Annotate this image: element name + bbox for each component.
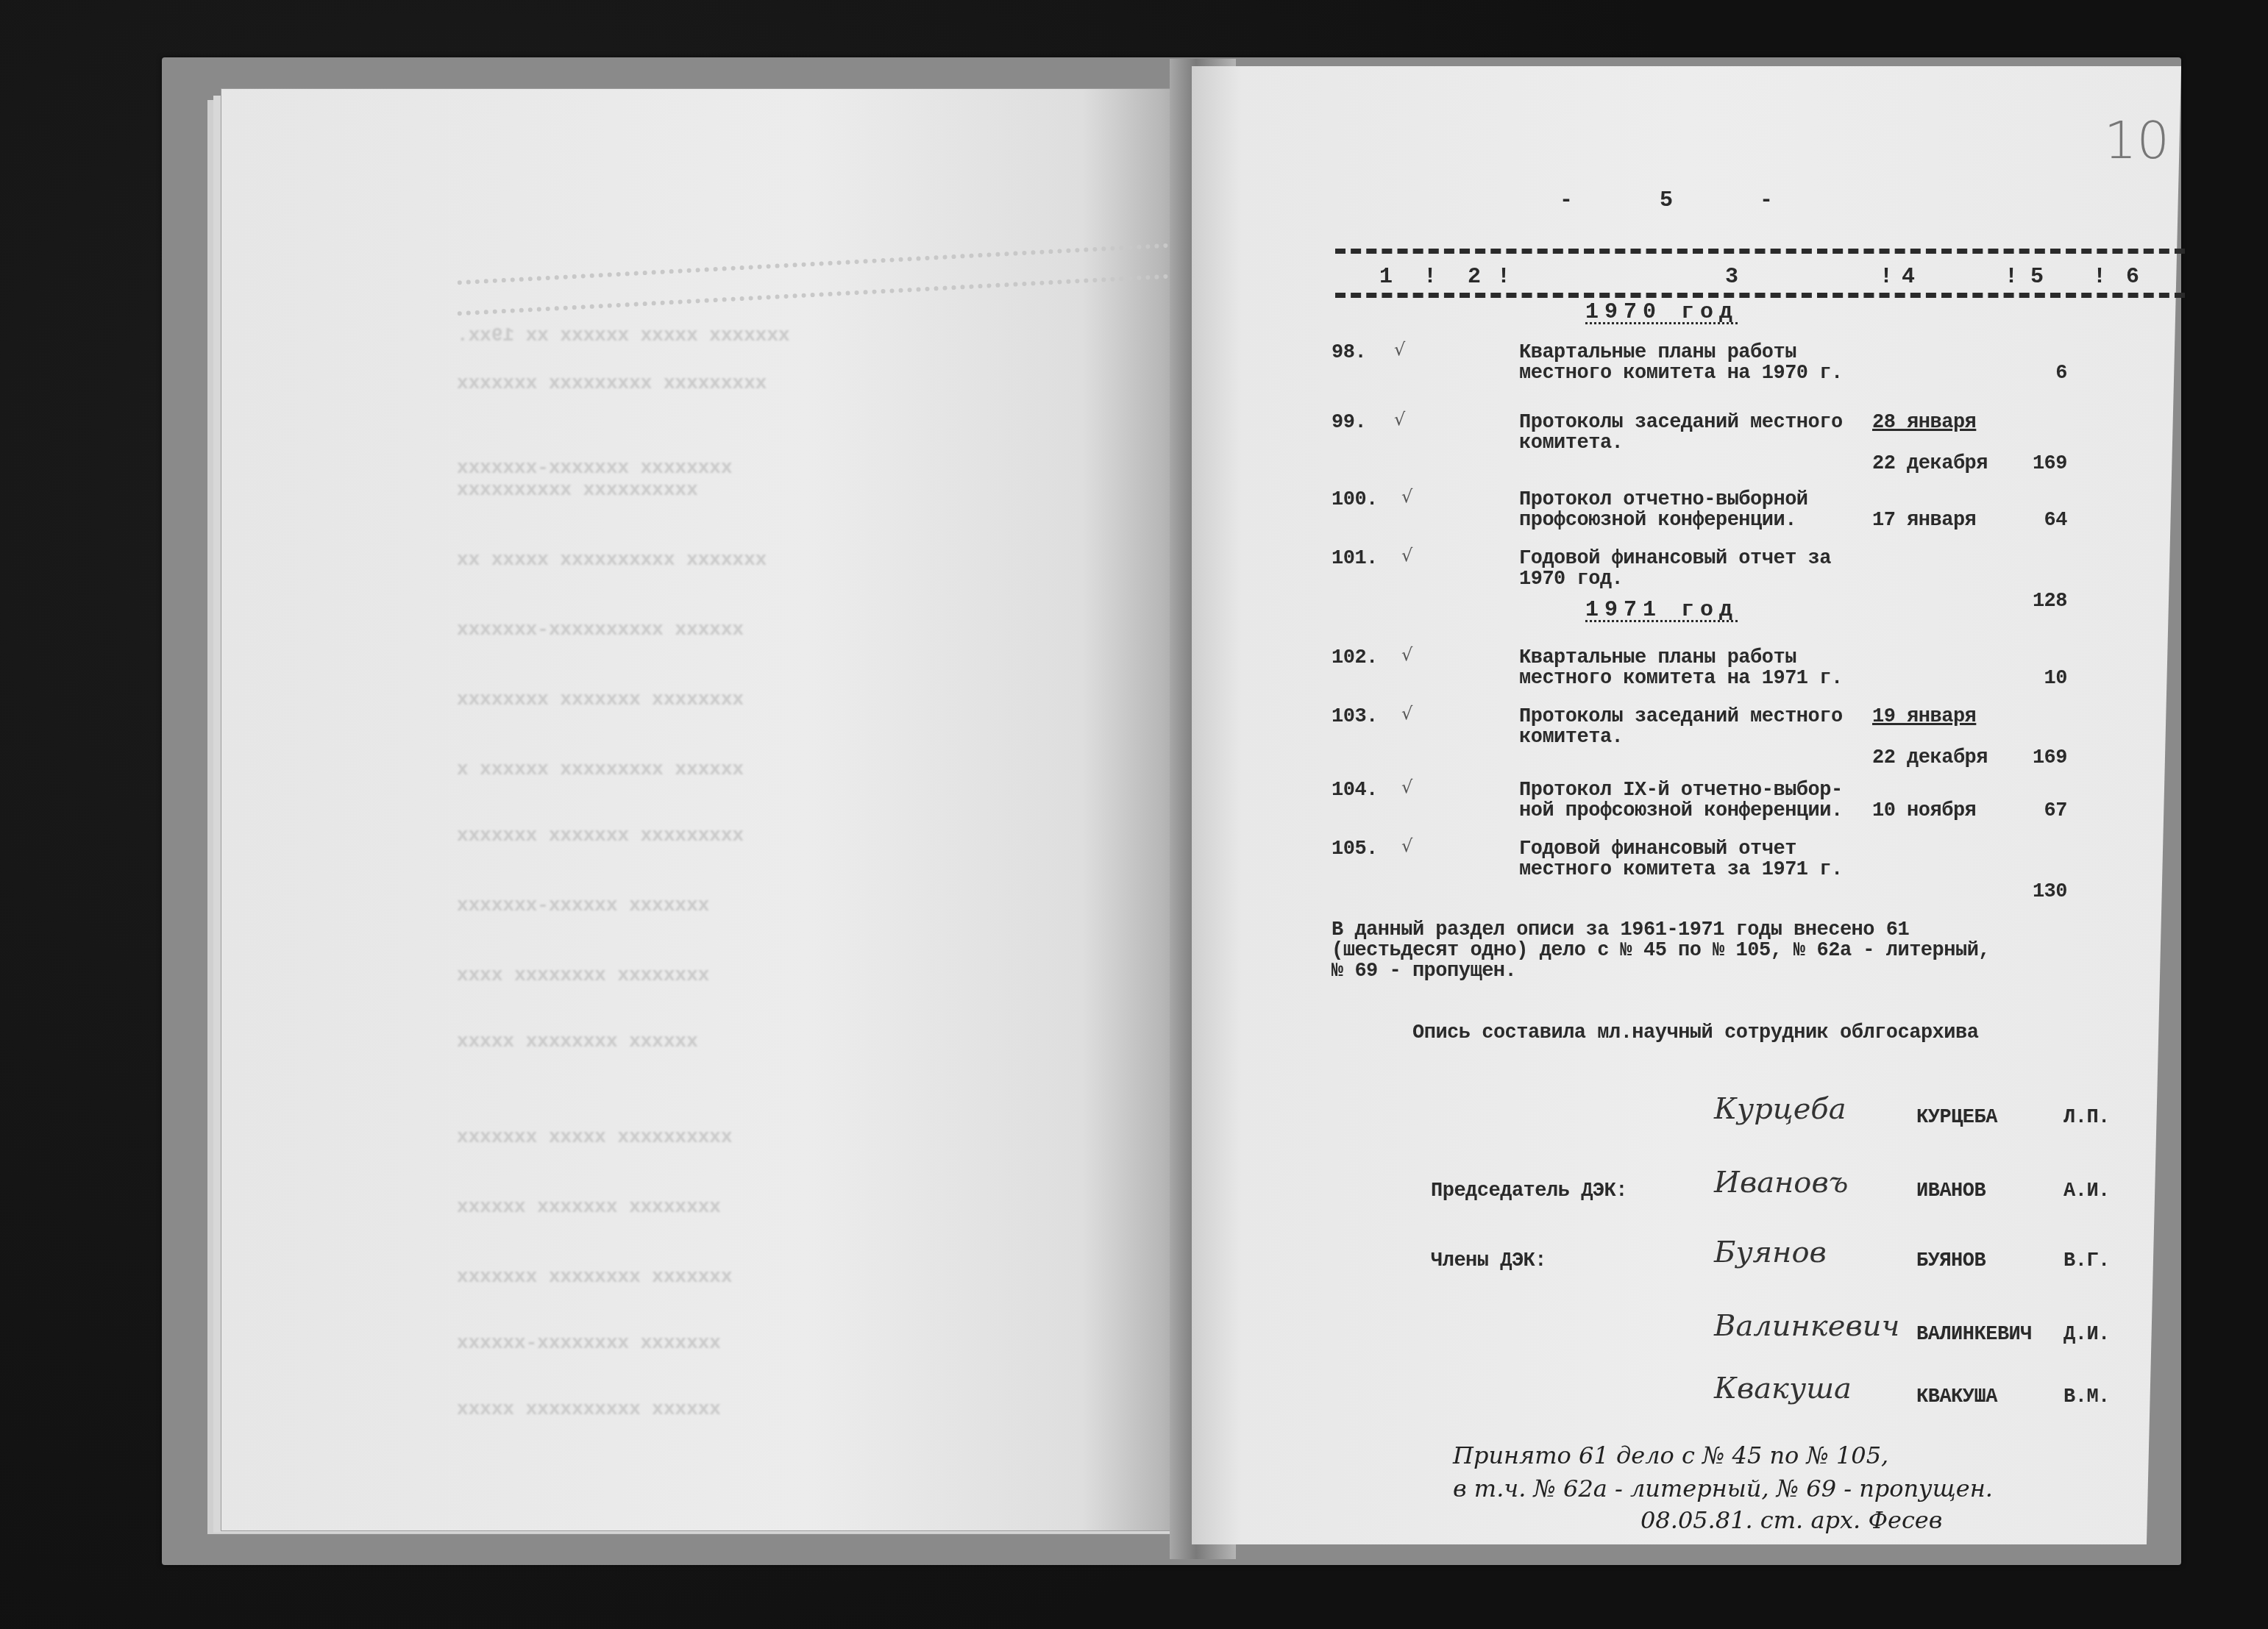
signatory-name: КУРЦЕБА: [1916, 1107, 1997, 1129]
column-header-3: 3: [1725, 265, 1738, 290]
bleed-through-text: xxxxxxx xxxxx xxxxxx xx 19xx.: [457, 324, 789, 346]
column-separator: !: [1423, 265, 1437, 290]
bleed-through-text: xxxxxxx xxxxxxxx xxxxxxx: [457, 1266, 732, 1288]
signatory-name: КВАКУША: [1916, 1386, 1997, 1408]
checkmark-icon: √: [1401, 703, 1412, 724]
column-separator: !: [1880, 265, 1893, 290]
sheet-count: 6: [2001, 363, 2067, 385]
signatory-initials: Д.И.: [2063, 1324, 2110, 1346]
file-number: 99.: [1332, 412, 1366, 434]
bleed-through-text: xxxxxx xxxxxxxxxx-xxxxxxx: [457, 619, 744, 641]
checkmark-icon: √: [1401, 777, 1412, 797]
file-title: Квартальные планы работы: [1519, 647, 1796, 669]
signatory-initials: В.Г.: [2063, 1250, 2110, 1272]
file-number: 103.: [1332, 706, 1378, 728]
date-start: 19 января: [1872, 706, 1976, 728]
bleed-through-text: xxxxxxx xxxxxx-xxxxxxx: [457, 894, 709, 916]
signatory-role: Председатель ДЭК:: [1431, 1180, 1627, 1202]
bleed-through-text: xxxxxxxxxx xxxxx xxxxxxx: [457, 1126, 732, 1148]
column-header-6: 6: [2126, 265, 2139, 290]
summary-line: (шестьдесят одно) дело с № 45 по № 105, …: [1332, 940, 1990, 962]
checkmark-icon: √: [1394, 339, 1405, 360]
checkmark-icon: √: [1401, 545, 1412, 566]
sheet-count: 64: [2001, 510, 2067, 532]
file-title: Протокол отчетно-выборной: [1519, 489, 1808, 511]
column-separator: !: [1497, 265, 1510, 290]
signature: Буянов: [1714, 1236, 1827, 1269]
file-title: ной профсоюзной конференции.: [1519, 800, 1843, 822]
bleed-through-text: xxxxxx xxxxxxxx xxxxx: [457, 1030, 698, 1052]
file-number: 105.: [1332, 838, 1378, 860]
file-title: Годовой финансовый отчет за: [1519, 548, 1831, 570]
date-start: 28 января: [1872, 412, 1976, 434]
file-title: Квартальные планы работы: [1519, 342, 1796, 364]
bleed-through-text: xxxxxxxxx xxxxxxx xxxxxxx: [457, 824, 744, 846]
date-end: 17 января: [1872, 510, 1976, 532]
column-header-1: 1: [1379, 265, 1393, 290]
year-heading: 1971 год: [1585, 599, 1738, 621]
checkmark-icon: √: [1394, 409, 1405, 429]
signatory-name: ИВАНОВ: [1916, 1180, 1986, 1202]
file-number: 100.: [1332, 489, 1378, 511]
signature: Квакуша: [1714, 1372, 1852, 1405]
handwritten-line: 08.05.81. ст. арх. Фесев: [1640, 1506, 1942, 1534]
date-end: 22 декабря: [1872, 453, 1988, 475]
column-header-2: 2: [1468, 265, 1481, 290]
file-title: Годовой финансовый отчет: [1519, 838, 1796, 860]
bleed-through-text: xxxxxx xxxxxxxxxx xxxxx: [457, 1398, 721, 1420]
column-header-5: 5: [2030, 265, 2044, 290]
column-separator: !: [2093, 265, 2106, 290]
handwritten-line: в т.ч. № 62а - литерный, № 69 - пропущен…: [1453, 1475, 1993, 1503]
handwritten-line: Принято 61 дело с № 45 по № 105,: [1453, 1441, 1888, 1469]
signatory-initials: А.И.: [2063, 1180, 2110, 1202]
column-header-4: 4: [1902, 265, 1915, 290]
bleed-through-text: xxxxxxxxxx xxxxxxxxxx: [457, 479, 698, 501]
signatory-name: БУЯНОВ: [1916, 1250, 1986, 1272]
bleed-through-text: xxxxxxxx xxxxxxx-xxxxxxx: [457, 457, 732, 479]
folio-number: 10: [2104, 110, 2169, 171]
file-title: Протоколы заседаний местного: [1519, 412, 1843, 434]
signatory-initials: Л.П.: [2063, 1107, 2110, 1129]
file-title: комитета.: [1519, 432, 1623, 455]
left-page: xxxxxxx xxxxx xxxxxx xx 19xx.xxxxxxxxx x…: [221, 88, 1201, 1531]
file-number: 104.: [1332, 780, 1378, 802]
checkmark-icon: √: [1401, 486, 1412, 507]
sheet-count: 130: [2001, 881, 2067, 903]
file-number: 98.: [1332, 342, 1366, 364]
file-number: 102.: [1332, 647, 1378, 669]
date-end: 22 декабря: [1872, 747, 1988, 769]
bleed-through-text: xxxxxxxx xxxxxxxx xxxx: [457, 964, 709, 986]
bleed-through-text: xxxxxxx xxxxxxxx-xxxxxx: [457, 1332, 721, 1354]
sheet-count: 128: [2001, 591, 2067, 613]
date-end: 10 ноября: [1872, 800, 1976, 822]
sheet-count: 169: [2001, 747, 2067, 769]
header-rule-bottom: [1335, 293, 2185, 298]
signatory-initials: В.М.: [2063, 1386, 2110, 1408]
file-title: 1970 год.: [1519, 568, 1623, 591]
file-number: 101.: [1332, 548, 1378, 570]
sheet-count: 10: [2001, 668, 2067, 690]
signature: Валинкевич: [1714, 1309, 1899, 1343]
bleed-through-text: xxxxxxxxx xxxxxxxxx xxxxxxx: [457, 372, 767, 394]
file-title: местного комитета на 1971 г.: [1519, 668, 1843, 690]
bleed-through-text: xxxxxxx xxxxxxxxxx xxxxx xx: [457, 549, 767, 571]
file-title: Протокол IX-й отчетно-выбор-: [1519, 780, 1843, 802]
signature: Ивановъ: [1714, 1166, 1848, 1200]
file-title: местного комитета за 1971 г.: [1519, 859, 1843, 881]
page-number: - 5 -: [1560, 190, 1810, 212]
header-rule-top: [1335, 249, 2185, 254]
bleed-through-text: xxxxxxxx xxxxxxx xxxxxxxx: [457, 688, 744, 710]
sheet-count: 169: [2001, 453, 2067, 475]
file-title: Протоколы заседаний местного: [1519, 706, 1843, 728]
checkmark-icon: √: [1401, 644, 1412, 665]
summary-line: В данный раздел описи за 1961-1971 годы …: [1332, 919, 1909, 941]
file-title: местного комитета на 1970 г.: [1519, 363, 1843, 385]
file-title: профсоюзной конференции.: [1519, 510, 1796, 532]
sheet-count: 67: [2001, 800, 2067, 822]
signatory-name: ВАЛИНКЕВИЧ: [1916, 1324, 2032, 1346]
bleed-through-text: xxxxxx xxxxxxxxx xxxxxx x: [457, 758, 744, 780]
column-separator: !: [2005, 265, 2018, 290]
checkmark-icon: √: [1401, 835, 1412, 856]
signatory-role: Члены ДЭК:: [1431, 1250, 1546, 1272]
summary-line: № 69 - пропущен.: [1332, 960, 1516, 983]
file-title: комитета.: [1519, 727, 1623, 749]
compiler-line: Опись составила мл.научный сотрудник обл…: [1412, 1022, 1978, 1044]
signature: Курцеба: [1714, 1092, 1846, 1126]
year-heading: 1970 год: [1585, 302, 1738, 324]
bleed-through-text: xxxxxxxx xxxxxxx xxxxxx: [457, 1196, 721, 1218]
